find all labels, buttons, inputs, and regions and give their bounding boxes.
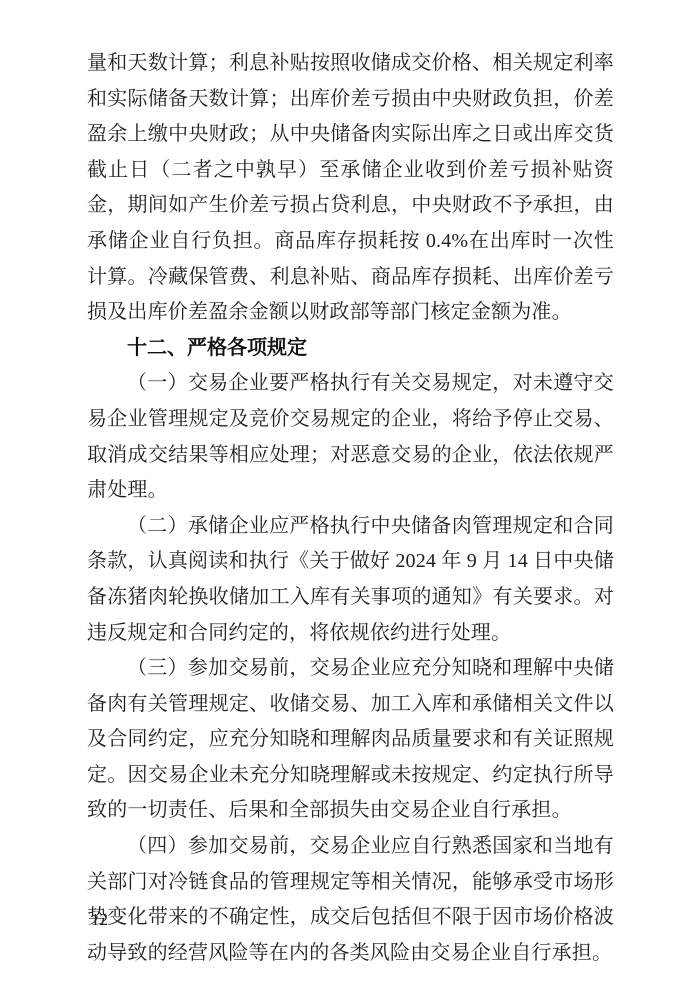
document-body: 量和天数计算；利息补贴按照收储成交价格、相关规定利率和实际储备天数计算；出库价差… [87, 46, 614, 971]
paragraph-item-2: （二）承储企业应严格执行中央储备肉管理规定和合同条款，认真阅读和执行《关于做好 … [87, 509, 614, 651]
paragraph-item-1: （一）交易企业要严格执行有关交易规定，对未遵守交易企业管理规定及竞价交易规定的企… [87, 366, 614, 508]
paragraph-item-3: （三）参加交易前，交易企业应充分知晓和理解中央储备肉有关管理规定、收储交易、加工… [87, 651, 614, 829]
paragraph-item-4: （四）参加交易前，交易企业应自行熟悉国家和当地有关部门对冷链食品的管理规定等相关… [87, 829, 614, 971]
document-page: 量和天数计算；利息补贴按照收储成交价格、相关规定利率和实际储备天数计算；出库价差… [0, 0, 700, 989]
paragraph-continuation: 量和天数计算；利息补贴按照收储成交价格、相关规定利率和实际储备天数计算；出库价差… [87, 46, 614, 331]
page-number: 12 [91, 908, 108, 932]
section-heading-12: 十二、严格各项规定 [87, 331, 614, 367]
